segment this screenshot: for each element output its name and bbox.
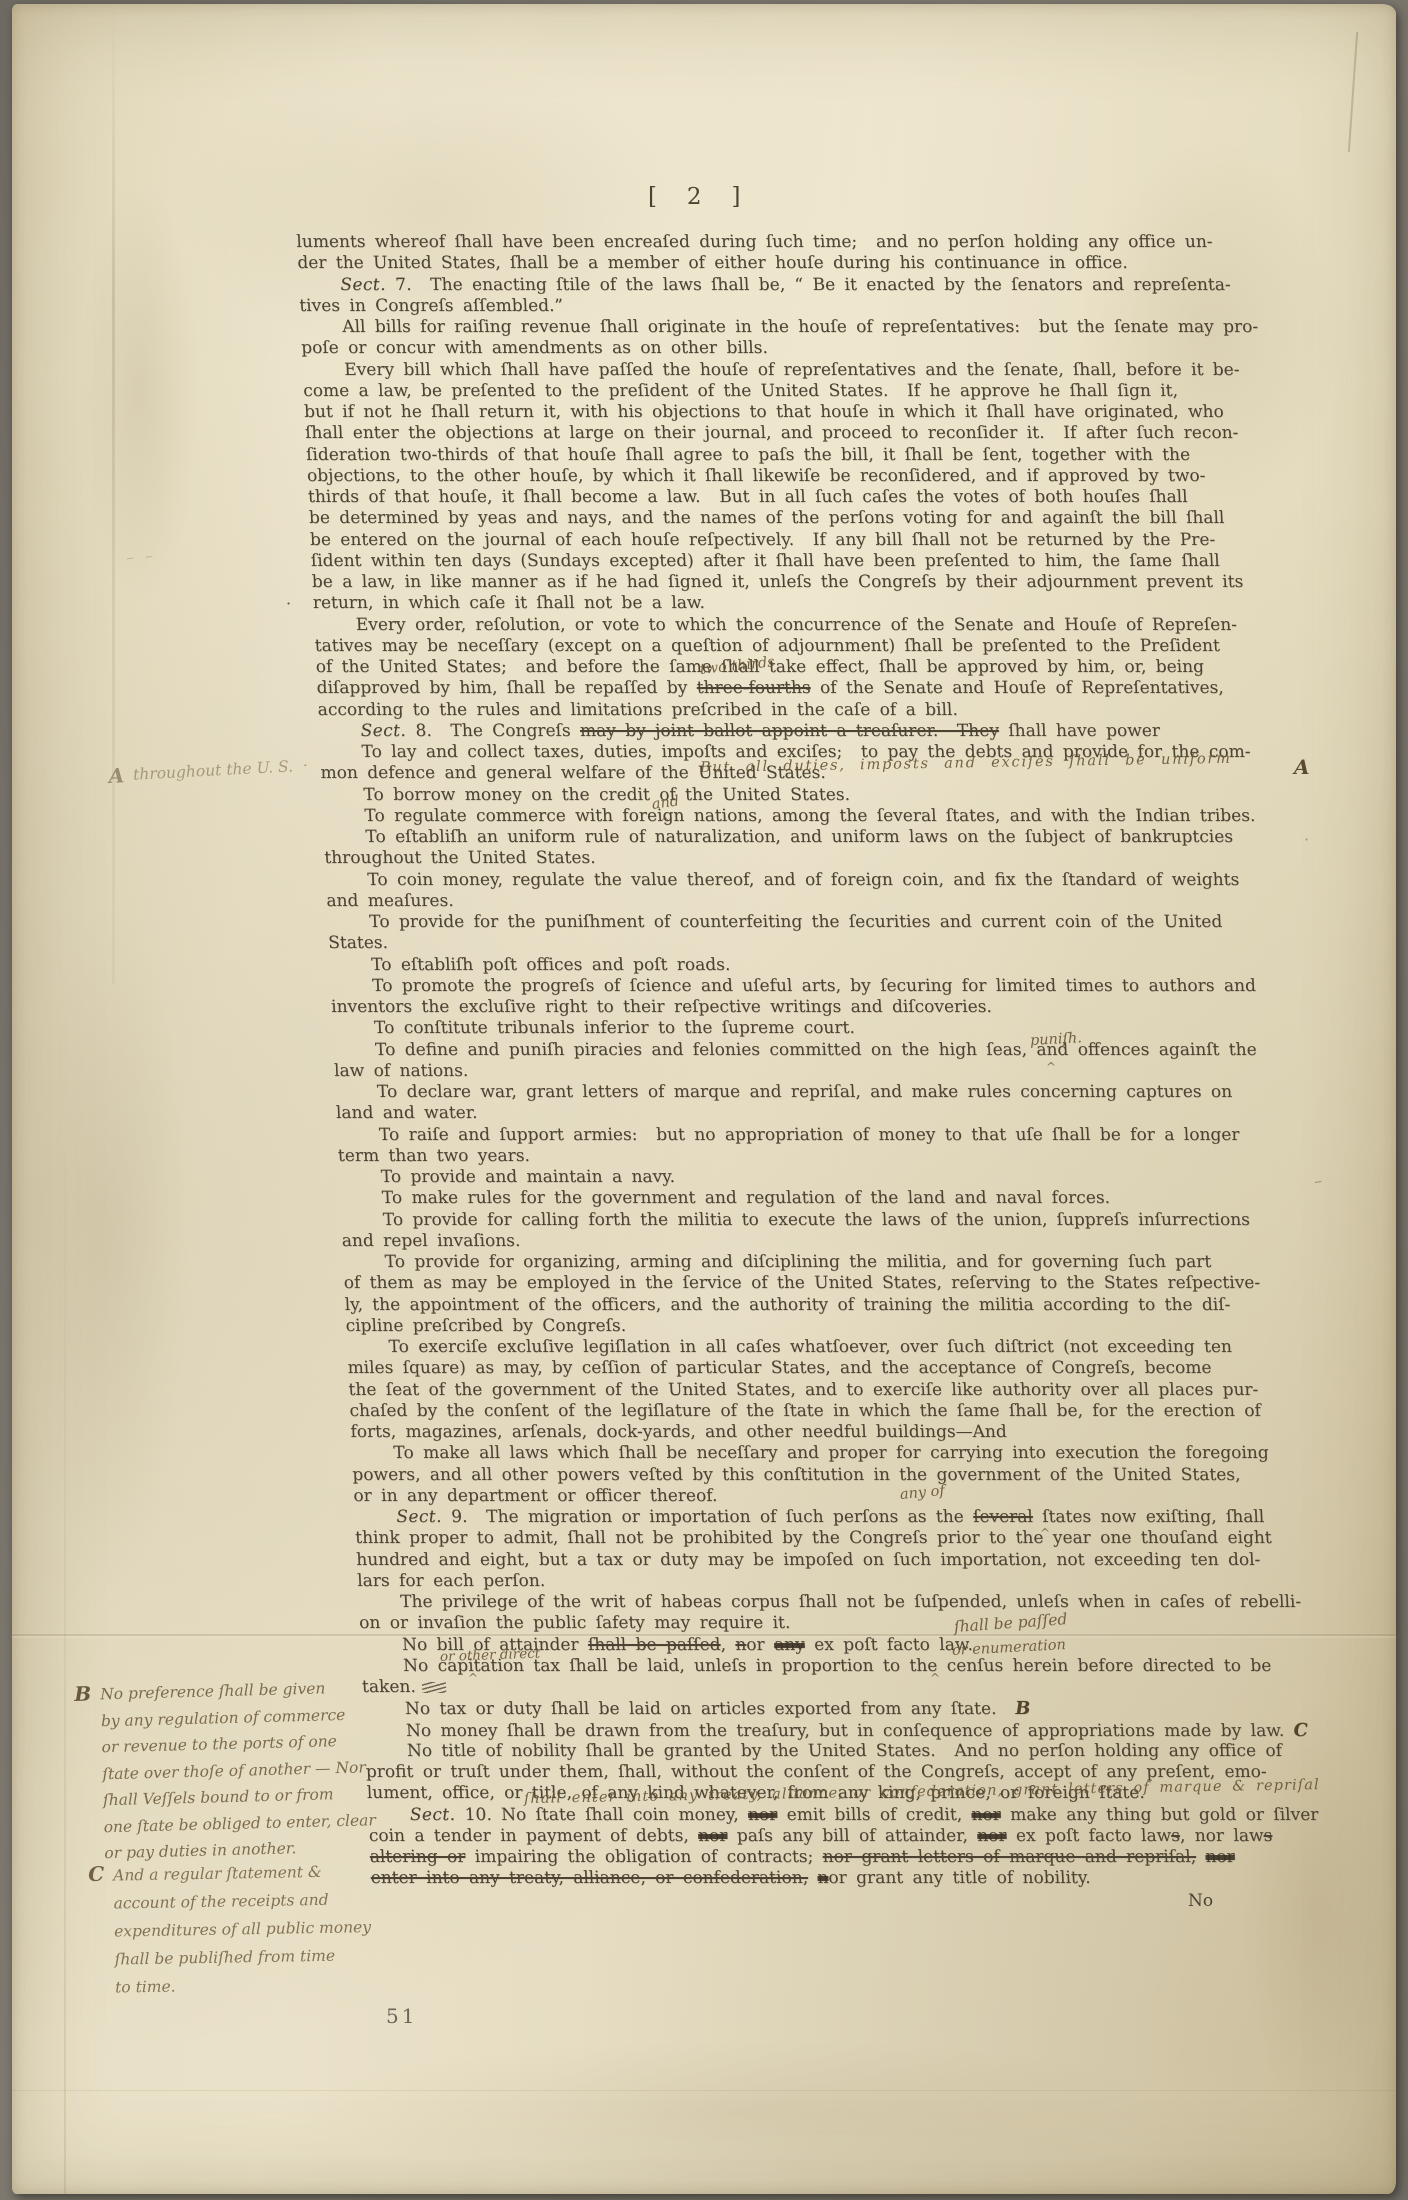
print-text: make any thing but gold or ſilver [1000, 1805, 1319, 1825]
print-text: on or invaſion the public ſafety may req… [359, 1613, 791, 1633]
struck-text: enter into any treaty, alliance, or conf… [370, 1868, 808, 1888]
text-line: cipline preſcribed by Congreſs. [345, 1316, 1361, 1337]
print-text: All bills for raiſing revenue ſhall orig… [342, 317, 1259, 337]
print-text: and meaſures. [326, 891, 454, 911]
print-text: hundred and eight, but a tax or duty may… [356, 1550, 1261, 1570]
print-text: To conſtitute tribunals inferior to the … [374, 1018, 856, 1038]
italic-print-text: Sect. [396, 1507, 442, 1527]
text-line: land and water. [336, 1103, 1352, 1124]
text-line: of the United States; and before the ſam… [315, 657, 1331, 678]
print-text: of the Senate and Houſe of Repreſentativ… [810, 678, 1224, 698]
text-line: the ſeat of the government of the United… [348, 1380, 1364, 1401]
text-line: coin a tender in payment of debts, nor p… [368, 1826, 1384, 1847]
text-line: mon defence and general welfare of the U… [320, 763, 1336, 784]
text-line: To declare war, grant letters of marque … [335, 1082, 1351, 1103]
struck-text: nor [971, 1805, 1001, 1825]
print-text: States. [328, 933, 389, 953]
print-text: To define and puniſh piracies and feloni… [375, 1040, 1257, 1060]
document-scan: { "palette": { "backdrop": "#76726a", "p… [0, 0, 1408, 2200]
text-line: law of nations. [334, 1061, 1350, 1082]
text-line: enter into any treaty, alliance, or conf… [370, 1868, 1386, 1889]
text-line: No capitation tax ſhall be laid, unleſs … [361, 1656, 1377, 1677]
print-text: according to the rules and limitations p… [317, 700, 958, 720]
fold-crease-vertical [64, 1154, 66, 2194]
text-line: tatives may be neceſſary (except on a qu… [314, 636, 1330, 657]
text-line: hundred and eight, but a tax or duty may… [356, 1550, 1372, 1571]
text-line: States. [328, 933, 1344, 954]
print-text: throughout the United States. [324, 848, 596, 868]
text-line: powers, and all other powers veſted by t… [352, 1465, 1368, 1486]
text-line: according to the rules and limitations p… [317, 700, 1333, 721]
print-text: Every order, reſolution, or vote to whic… [355, 615, 1237, 635]
print-text: No tax or duty ſhall be laid on articles… [405, 1699, 1016, 1719]
print-text: ſtates now exiſting, ſhall [1032, 1507, 1264, 1527]
printed-text-block: luments whereof ſhall have been encreaſe… [296, 232, 1386, 1890]
text-line: To eſtabliſh poſt offices and poſt roads… [329, 955, 1345, 976]
print-text: der the United States, ſhall be a member… [297, 253, 1128, 273]
italic-print-text: Sect. [360, 721, 406, 741]
print-text: To provide for the puniſhment of counter… [369, 912, 1223, 932]
text-line: To promote the progreſs of ſcience and u… [330, 976, 1346, 997]
text-line: The privilege of the writ of habeas corp… [358, 1592, 1374, 1613]
text-line: No tax or duty ſhall be laid on articles… [363, 1698, 1379, 1719]
print-text: diſapproved by him, ſhall be repaſſed by [316, 678, 697, 698]
text-line: be determined by yeas and nays, and the … [309, 508, 1325, 529]
page-number-header: [ 2 ] [648, 184, 742, 210]
print-text: impairing the obligation of contracts; [465, 1847, 823, 1867]
text-line: Sect. 10. No ſtate ſhall coin money, nor… [367, 1805, 1383, 1826]
text-line: altering or impairing the obligation of … [369, 1847, 1385, 1868]
print-text: To raiſe and ſupport armies: but no appr… [379, 1125, 1240, 1145]
print-text: objections, to the other houſe, by which… [307, 466, 1206, 486]
print-text: ex poſt facto law [1006, 1826, 1172, 1846]
print-text: ſhall enter the objections at large on t… [305, 423, 1239, 443]
text-line: To provide and maintain a navy. [338, 1167, 1354, 1188]
print-text: The privilege of the writ of habeas corp… [400, 1592, 1302, 1612]
print-text: To provide and maintain a navy. [380, 1167, 675, 1187]
text-line: diſapproved by him, ſhall be repaſſed by… [316, 678, 1332, 699]
print-text: come a law, be preſented to the preſiden… [303, 381, 1179, 401]
print-text: powers, and all other powers veſted by t… [352, 1465, 1241, 1485]
print-text: ex poſt facto law. [804, 1635, 973, 1655]
struck-text: nor grant letters of marque and repriſal… [822, 1847, 1196, 1867]
text-line: der the United States, ſhall be a member… [297, 253, 1313, 274]
print-text: No bill of attainder [402, 1635, 589, 1655]
print-text: To make all laws which ſhall be neceſſar… [393, 1443, 1269, 1463]
struck-text: any [774, 1635, 806, 1655]
print-text: tives in Congreſs aſſembled.” [299, 296, 564, 316]
print-text: or [746, 1635, 775, 1655]
print-text: miles ſquare) as may, by ceſſion of part… [347, 1358, 1212, 1378]
text-line: To coin money, regulate the value thereo… [325, 870, 1341, 891]
text-line: and meaſures. [326, 891, 1342, 912]
print-text: , [720, 1635, 736, 1655]
text-line: To make all laws which ſhall be neceſſar… [351, 1443, 1367, 1464]
print-text: and repel invaſions. [341, 1231, 520, 1251]
text-line: No money ſhall be drawn from the treaſur… [364, 1720, 1380, 1741]
text-line: No bill of attainder ſhall be paſſed, no… [360, 1635, 1376, 1656]
text-line: term than two years. [337, 1146, 1353, 1167]
fold-crease-vertical [112, 4, 115, 984]
print-text: ſhall have power [998, 721, 1160, 741]
text-line: To provide for organizing, arming and di… [342, 1252, 1358, 1273]
text-line: come a law, be preſented to the preſiden… [303, 381, 1319, 402]
print-text: taken. [362, 1677, 417, 1697]
text-line: All bills for raiſing revenue ſhall orig… [300, 317, 1316, 338]
print-text: To provide for organizing, arming and di… [384, 1252, 1211, 1272]
print-text: thirds of that houſe, it ſhall become a … [308, 487, 1188, 507]
text-line: luments whereof ſhall have been encreaſe… [296, 232, 1312, 253]
struck-text: altering or [369, 1847, 466, 1867]
print-text: To declare war, grant letters of marque … [377, 1082, 1233, 1102]
print-text: ly, the appointment of the officers, and… [344, 1295, 1230, 1315]
print-text: coin a tender in payment of debts, [368, 1826, 698, 1846]
print-text: the ſeat of the government of the United… [348, 1380, 1259, 1400]
print-text: be determined by yeas and nays, and the … [309, 508, 1225, 528]
print-text: forts, magazines, arſenals, dock-yards, … [350, 1422, 1007, 1442]
fold-crease-horizontal [12, 2090, 1396, 2091]
struck-text: may by joint ballot appoint a treaſurer.… [580, 721, 1000, 741]
struck-text: ſeveral [973, 1507, 1034, 1527]
text-line: To provide for the puniſhment of counter… [327, 912, 1343, 933]
print-text: be a law, in like manner as if he had ſi… [311, 572, 1243, 592]
text-line: taken. [362, 1677, 1378, 1698]
print-text: emit bills of credit, [777, 1805, 972, 1825]
paper-crack [1348, 32, 1358, 152]
handwritten-ref-letter: B [1015, 1698, 1031, 1719]
text-line: To make rules for the government and reg… [339, 1188, 1355, 1209]
text-line: be entered on the journal of each houſe … [310, 530, 1326, 551]
struck-text: nor [748, 1805, 778, 1825]
print-text: law of nations. [334, 1061, 469, 1081]
text-line: To provide for calling forth the militia… [340, 1210, 1356, 1231]
text-line: tives in Congreſs aſſembled.” [299, 296, 1315, 317]
text-line: ſhall enter the objections at large on t… [305, 423, 1321, 444]
text-line: To conſtitute tribunals inferior to the … [332, 1018, 1348, 1039]
text-line: lars for each perſon. [357, 1571, 1373, 1592]
text-line: To exerciſe excluſive legiſlation in all… [346, 1337, 1362, 1358]
text-line: Every order, reſolution, or vote to whic… [313, 615, 1329, 636]
print-text: 7. The enacting ſtile of the laws ſhall … [385, 275, 1231, 295]
print-text: term than two years. [337, 1146, 530, 1166]
text-line: ſident within ten days (Sundays excepted… [310, 551, 1326, 572]
print-text: think proper to admit, ſhall not be proh… [355, 1528, 1272, 1548]
struck-text: ſhall be paſſed [588, 1635, 721, 1655]
print-text: mon defence and general welfare of the U… [320, 763, 826, 783]
italic-print-text: Sect. [340, 275, 386, 295]
print-text: To promote the progreſs of ſcience and u… [372, 976, 1257, 996]
struck-text: nor [977, 1826, 1007, 1846]
paper-stain [30, 900, 190, 1600]
print-text: ſideration two-thirds of that houſe ſhal… [306, 445, 1191, 465]
text-line: poſe or concur with amendments as on oth… [301, 338, 1317, 359]
print-text: No money ſhall be drawn from the treaſur… [406, 1721, 1294, 1741]
print-text: To make rules for the government and reg… [381, 1188, 1110, 1208]
print-text: but if not he ſhall return it, with his … [304, 402, 1224, 422]
print-text: 8. The Congreſs [406, 721, 581, 741]
print-text: To exerciſe excluſive legiſlation in all… [388, 1337, 1232, 1357]
paper-stain [300, 2040, 1200, 2180]
print-text: No title of nobility ſhall be granted by… [407, 1741, 1283, 1761]
text-line: To lay and collect taxes, duties, impoſt… [319, 742, 1335, 763]
struck-text: n [817, 1868, 829, 1888]
struck-text: nor [698, 1826, 728, 1846]
print-text: of them as may be employed in the ſervic… [343, 1273, 1260, 1293]
text-line: return, in which caſe it ſhall not be a … [312, 593, 1328, 614]
text-line: To define and puniſh piracies and feloni… [333, 1040, 1349, 1061]
print-text: To regulate commerce with foreign nation… [364, 806, 1256, 826]
print-text: cipline preſcribed by Congreſs. [345, 1316, 626, 1336]
print-text: lument, office, or title, of any kind wh… [366, 1783, 1145, 1803]
print-text: land and water. [336, 1103, 478, 1123]
print-text: To lay and collect taxes, duties, impoſt… [361, 742, 1251, 762]
print-text: Every bill which ſhall have paſſed the h… [344, 360, 1240, 380]
text-line: on or invaſion the public ſafety may req… [359, 1613, 1375, 1634]
print-text: To provide for calling forth the militia… [382, 1210, 1250, 1230]
text-line: To borrow money on the credit of the Uni… [321, 785, 1337, 806]
text-line: No title of nobility ſhall be granted by… [365, 1741, 1381, 1762]
text-line: inventors the excluſive right to their r… [331, 997, 1347, 1018]
text-line: miles ſquare) as may, by ceſſion of part… [347, 1358, 1363, 1379]
text-line: or in any department or officer thereof. [353, 1486, 1369, 1507]
print-text: return, in which caſe it ſhall not be a … [312, 593, 705, 613]
print-text: , nor law [1179, 1826, 1264, 1846]
print-text: luments whereof ſhall have been encreaſe… [296, 232, 1213, 252]
handwritten-ref-letter: C [1293, 1720, 1308, 1741]
print-text: or in any department or officer thereof. [353, 1486, 718, 1506]
text-line: and repel invaſions. [341, 1231, 1357, 1252]
text-line: thirds of that houſe, it ſhall become a … [308, 487, 1324, 508]
text-line: objections, to the other houſe, by which… [307, 466, 1323, 487]
print-text: tatives may be neceſſary (except on a qu… [314, 636, 1220, 656]
text-line: throughout the United States. [324, 848, 1340, 869]
paper-stain [80, 180, 200, 600]
text-line: Sect. 8. The Congreſs may by joint ballo… [318, 721, 1334, 742]
text-line: think proper to admit, ſhall not be proh… [355, 1528, 1371, 1549]
struck-text: nor [1205, 1847, 1235, 1867]
print-text: of the United States; and before the ſam… [315, 657, 1204, 677]
struck-text: s [1263, 1826, 1273, 1846]
print-text: or grant any title of nobility. [828, 1868, 1091, 1888]
print-text: To eſtabliſh poſt offices and poſt roads… [371, 955, 731, 975]
print-text: To coin money, regulate the value thereo… [367, 870, 1240, 890]
print-text: To borrow money on the credit of the Uni… [363, 785, 850, 805]
print-text: lars for each perſon. [357, 1571, 546, 1591]
folio-number: 51 [386, 2004, 417, 2028]
text-line: Every bill which ſhall have paſſed the h… [302, 360, 1318, 381]
text-line: profit or truſt under them, ſhall, witho… [365, 1762, 1381, 1783]
text-line: ly, the appointment of the officers, and… [344, 1295, 1360, 1316]
print-text: inventors the excluſive right to their r… [331, 997, 993, 1017]
print-text: 9. The migration or importation of ſuch … [441, 1507, 973, 1527]
text-line: chaſed by the conſent of the legiſlature… [349, 1401, 1365, 1422]
text-line: To raiſe and ſupport armies: but no appr… [337, 1125, 1353, 1146]
print-text: No capitation tax ſhall be laid, unleſs … [403, 1656, 1272, 1676]
struck-text: three-fourths [696, 678, 811, 698]
print-text: 10. No ſtate ſhall coin money, [455, 1805, 749, 1825]
italic-print-text: Sect. [409, 1805, 455, 1825]
print-text: profit or truſt under them, ſhall, witho… [365, 1762, 1267, 1782]
text-line: lument, office, or title, of any kind wh… [366, 1783, 1382, 1804]
text-line: Sect. 7. The enacting ſtile of the laws … [298, 275, 1314, 296]
text-line: of them as may be employed in the ſervic… [343, 1273, 1359, 1294]
print-text: chaſed by the conſent of the legiſlature… [349, 1401, 1261, 1421]
text-line: To regulate commerce with foreign nation… [322, 806, 1338, 827]
text-line: but if not he ſhall return it, with his … [304, 402, 1320, 423]
catchword: No [1188, 1891, 1213, 1911]
print-text: To eſtabliſh an uniform rule of naturali… [365, 827, 1233, 847]
print-text: paſs any bill of attainder, [727, 1826, 978, 1846]
print-text: ſident within ten days (Sundays excepted… [310, 551, 1220, 571]
text-line: To eſtabliſh an uniform rule of naturali… [323, 827, 1339, 848]
text-line: forts, magazines, arſenals, dock-yards, … [350, 1422, 1366, 1443]
text-line: Sect. 9. The migration or importation of… [354, 1507, 1370, 1528]
text-line: be a law, in like manner as if he had ſi… [311, 572, 1327, 593]
ink-scribble [422, 1682, 446, 1693]
print-text: poſe or concur with amendments as on oth… [301, 338, 768, 358]
text-line: ſideration two-thirds of that houſe ſhal… [306, 445, 1322, 466]
print-text: be entered on the journal of each houſe … [310, 530, 1216, 550]
